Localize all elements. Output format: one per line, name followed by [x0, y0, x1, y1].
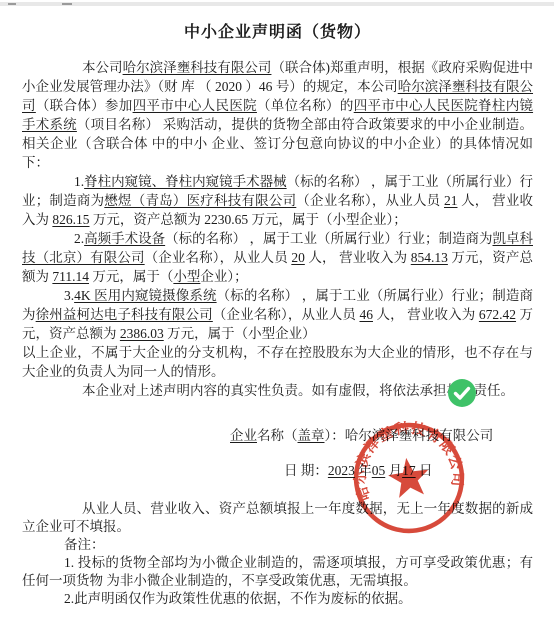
text-segment: ）：哈尔滨泽壅科技有限公司: [325, 428, 494, 443]
text-segment: （企业名称），从业人员: [296, 193, 444, 208]
document-footer: 从业人员、营业收入、资产总额填报上一年度数据，无上一年度数据的新成立企业可不填报…: [22, 500, 533, 608]
underlined-value: 2386.03: [120, 326, 164, 341]
underlined-value: 20: [291, 250, 305, 265]
underlined-value: 脊柱内窥镜、脊柱内窥镜手术器械: [84, 174, 287, 189]
underlined-value: 05: [372, 463, 386, 478]
paragraph-item-2: 2.高频手术设备（标的名称） ，属于工业（所属行业）行业；制造商为凯卓科技（北京…: [22, 229, 533, 286]
paragraph-remark-1: 1. 投标的货物全部均为小微企业制造的，需逐项填报，方可享受政策优惠；有任何一项…: [22, 554, 533, 590]
text-segment: 3.: [64, 288, 74, 303]
text-segment: 2.: [74, 231, 84, 246]
underlined-value: 高频手术设备: [84, 231, 165, 246]
paragraph-remarks-label: 备注：: [22, 536, 533, 554]
text-segment: 1.: [74, 174, 84, 189]
text-segment: 万元，资产总额为 2230.65 万元，属于（小型企业）；: [90, 212, 407, 227]
paragraph-no-big-enterprise: 以上企业，不属于大企业的分支机构，不存在控股股东为大企业的情形，也不存在与大企业…: [22, 343, 533, 381]
text-segment: 本公司: [82, 60, 123, 75]
text-segment: 万元，属于（小型企业）: [164, 326, 316, 341]
text-segment: 2.此声明函仅作为政策性优惠的依据，不作为废标的依据。: [64, 591, 412, 606]
underlined-value: 46: [359, 307, 373, 322]
declaration-document-page: 中小企业声明函（货物） 本公司哈尔滨泽壅科技有限公司（联合体)郑重声明，根据《政…: [0, 0, 554, 631]
document-title: 中小企业声明函（货物）: [22, 22, 533, 44]
underlined-value: 哈尔滨泽壅科技有限公司: [123, 60, 272, 75]
text-segment: 日: [416, 463, 433, 478]
underlined-value: 854.13: [411, 250, 448, 265]
text-segment: 月: [385, 463, 402, 478]
underlined-value: 小型: [173, 269, 200, 284]
document-body: 本公司哈尔滨泽壅科技有限公司（联合体)郑重声明，根据《政府采购促进中小企业发展管…: [22, 58, 533, 400]
underlined-value: 企业: [230, 428, 257, 443]
text-segment: 年: [355, 463, 372, 478]
document-content: 中小企业声明函（货物） 本公司哈尔滨泽壅科技有限公司（联合体)郑重声明，根据《政…: [0, 0, 554, 608]
document-body-wrap: 本公司哈尔滨泽壅科技有限公司（联合体)郑重声明，根据《政府采购促进中小企业发展管…: [22, 58, 533, 400]
text-segment: （单位名称）的: [257, 98, 354, 113]
text-segment: 以上企业，不属于大企业的分支机构，不存在控股股东为大企业的情形，也不存在与大企业…: [22, 345, 533, 379]
underlined-value: 711.14: [52, 269, 89, 284]
text-segment: 备注：: [64, 537, 105, 552]
text-segment: （企业名称），从业人员: [213, 307, 360, 322]
text-segment: 万元，属于（: [89, 269, 173, 284]
paragraph-prior-year-data-note: 从业人员、营业收入、资产总额填报上一年度数据，无上一年度数据的新成立企业可不填报…: [22, 500, 533, 536]
date-line: 日 期：2023 年05 月17 日: [22, 461, 533, 480]
text-segment: （企业名称），从业人员: [145, 250, 292, 265]
paragraph-remark-2: 2.此声明函仅作为政策性优惠的依据，不作为废标的依据。: [22, 590, 533, 608]
paragraph-intro: 本公司哈尔滨泽壅科技有限公司（联合体)郑重声明，根据《政府采购促进中小企业发展管…: [22, 58, 533, 172]
text-segment: （联合体）参加: [36, 98, 133, 113]
underlined-value: 672.42: [479, 307, 516, 322]
underlined-value: 826.15: [52, 212, 89, 227]
underlined-value: 4K 医用内窥镜摄像系统: [74, 288, 216, 303]
underlined-value: 17: [402, 463, 416, 478]
text-segment: （项目名称） 采购活动，提供的货物全部由符合政策要求的中小企业制造。相关企业（含…: [22, 117, 533, 170]
signature-area: 企业名称（盖章）：哈尔滨泽壅科技有限公司 日 期：2023 年05 月17 日 …: [22, 426, 533, 480]
text-segment: 日 期：: [284, 463, 328, 478]
underlined-value: 徐州益柯达电子科技有限公司: [36, 307, 213, 322]
text-segment: 名称（: [257, 428, 298, 443]
underlined-value: 21: [444, 193, 458, 208]
company-name-line: 企业名称（盖章）：哈尔滨泽壅科技有限公司: [22, 426, 533, 445]
paragraph-item-3: 3.4K 医用内窥镜摄像系统（标的名称） ，属于工业（所属行业）行业；制造商为徐…: [22, 286, 533, 343]
text-segment: 从业人员、营业收入、资产总额填报上一年度数据，无上一年度数据的新成立企业可不填报…: [22, 501, 533, 534]
verified-check-icon: [447, 378, 477, 408]
underlined-value: 2023: [328, 463, 355, 478]
underlined-value: 懋煜（青岛）医疗科技有限公司: [104, 193, 296, 208]
text-segment: （标的名称） ，属于工业（所属行业）行业；制造商为: [165, 231, 492, 246]
text-segment: 人， 营业收入为: [305, 250, 411, 265]
underlined-value: 盖章: [298, 428, 325, 443]
text-segment: 1. 投标的货物全部均为小微企业制造的，需逐项填报，方可享受政策优惠；有任何一项…: [22, 555, 533, 588]
paragraph-item-1: 1.脊柱内窥镜、脊柱内窥镜手术器械（标的名称） ，属于工业（所属行业）行业；制造…: [22, 172, 533, 229]
underlined-value: 四平市中心人民医院: [133, 98, 257, 113]
text-segment: 人， 营业收入为: [373, 307, 479, 322]
text-segment: 企业）；: [200, 269, 247, 284]
